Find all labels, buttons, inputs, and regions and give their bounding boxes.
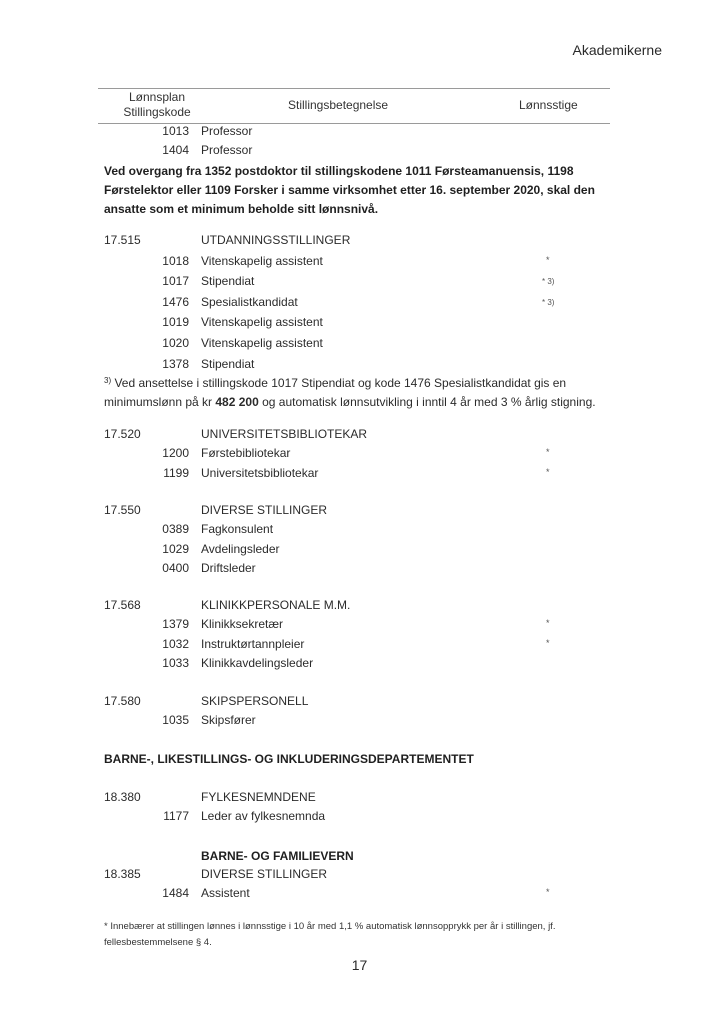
organization-header: Akademikerne bbox=[573, 42, 663, 58]
header-ladder: Lønnsstige bbox=[519, 98, 578, 112]
pay-plan-number: 17.520 bbox=[104, 427, 141, 441]
table-header: Lønnsplan Stillingskode Stillingsbetegne… bbox=[98, 88, 610, 124]
pay-plan-number: 18.385 bbox=[104, 867, 141, 881]
position-title: Stipendiat bbox=[201, 274, 254, 288]
position-title: Avdelingsleder bbox=[201, 542, 280, 556]
minimum-salary: 482 200 bbox=[215, 395, 258, 409]
position-title: Vitenskapelig assistent bbox=[201, 336, 323, 350]
position-code: 1033 bbox=[159, 656, 189, 670]
header-plan-label: Lønnsplan bbox=[98, 90, 216, 105]
position-code: 1177 bbox=[159, 809, 189, 823]
salary-ladder-mark: * bbox=[546, 618, 550, 628]
header-title: Stillingsbetegnelse bbox=[288, 98, 388, 112]
position-title: Instruktørtannpleier bbox=[201, 637, 304, 651]
position-title: Professor bbox=[201, 124, 252, 138]
footnote-star: * Innebærer at stillingen lønnes i lønns… bbox=[104, 919, 644, 951]
page-number: 17 bbox=[0, 957, 719, 973]
position-code: 1484 bbox=[159, 886, 189, 900]
position-code: 1378 bbox=[159, 357, 189, 371]
position-title: Klinikkavdelingsleder bbox=[201, 656, 313, 670]
position-title: Spesialistkandidat bbox=[201, 295, 298, 309]
pay-plan-number: 17.568 bbox=[104, 598, 141, 612]
salary-ladder-mark: * 3) bbox=[542, 277, 554, 286]
group-name: UTDANNINGSSTILLINGER bbox=[201, 233, 350, 247]
position-title: Skipsfører bbox=[201, 713, 256, 727]
position-code: 1032 bbox=[159, 637, 189, 651]
position-code: 1379 bbox=[159, 617, 189, 631]
salary-ladder-mark: * bbox=[546, 467, 550, 477]
position-code: 0400 bbox=[159, 561, 189, 575]
position-code: 0389 bbox=[159, 522, 189, 536]
salary-ladder-mark: * bbox=[546, 447, 550, 457]
position-code: 1476 bbox=[159, 295, 189, 309]
position-title: Stipendiat bbox=[201, 357, 254, 371]
position-code: 1200 bbox=[159, 446, 189, 460]
position-code: 1199 bbox=[159, 466, 189, 480]
salary-ladder-mark: * 3) bbox=[542, 298, 554, 307]
pay-plan-number: 17.580 bbox=[104, 694, 141, 708]
salary-ladder-mark: * bbox=[546, 887, 550, 897]
pay-plan-number: 17.550 bbox=[104, 503, 141, 517]
footnote-text: og automatisk lønnsutvikling i inntil 4 … bbox=[259, 395, 596, 409]
position-title: Universitetsbibliotekar bbox=[201, 466, 318, 480]
group-name: FYLKESNEMNDENE bbox=[201, 790, 316, 804]
group-name: KLINIKKPERSONALE M.M. bbox=[201, 598, 350, 612]
position-title: Vitenskapelig assistent bbox=[201, 315, 323, 329]
department-heading: BARNE-, LIKESTILLINGS- OG INKLUDERINGSDE… bbox=[104, 752, 474, 766]
position-title: Driftsleder bbox=[201, 561, 256, 575]
position-title: Klinikksekretær bbox=[201, 617, 283, 631]
group-name: SKIPSPERSONELL bbox=[201, 694, 308, 708]
document-page: Akademikerne Lønnsplan Stillingskode Sti… bbox=[0, 0, 719, 1016]
pay-plan-number: 18.380 bbox=[104, 790, 141, 804]
position-title: Fagkonsulent bbox=[201, 522, 273, 536]
position-title: Førstebibliotekar bbox=[201, 446, 290, 460]
position-code: 1017 bbox=[159, 274, 189, 288]
group-name: UNIVERSITETSBIBLIOTEKAR bbox=[201, 427, 367, 441]
subheading: BARNE- OG FAMILIEVERN bbox=[201, 849, 354, 863]
transition-note: Ved overgang fra 1352 postdoktor til sti… bbox=[104, 162, 624, 219]
position-code: 1019 bbox=[159, 315, 189, 329]
position-title: Vitenskapelig assistent bbox=[201, 254, 323, 268]
footnote-3: 3) Ved ansettelse i stillingskode 1017 S… bbox=[104, 371, 644, 412]
position-code: 1020 bbox=[159, 336, 189, 350]
pay-plan-number: 17.515 bbox=[104, 233, 141, 247]
position-title: Assistent bbox=[201, 886, 250, 900]
header-plan-code: Lønnsplan Stillingskode bbox=[98, 90, 216, 120]
position-code: 1404 bbox=[159, 143, 189, 157]
salary-ladder-mark: * bbox=[546, 255, 550, 265]
position-code: 1013 bbox=[159, 124, 189, 138]
header-code-label: Stillingskode bbox=[98, 105, 216, 120]
position-title: Leder av fylkesnemnda bbox=[201, 809, 325, 823]
group-name: DIVERSE STILLINGER bbox=[201, 867, 327, 881]
position-code: 1029 bbox=[159, 542, 189, 556]
salary-ladder-mark: * bbox=[546, 638, 550, 648]
position-code: 1035 bbox=[159, 713, 189, 727]
group-name: DIVERSE STILLINGER bbox=[201, 503, 327, 517]
position-code: 1018 bbox=[159, 254, 189, 268]
position-title: Professor bbox=[201, 143, 252, 157]
